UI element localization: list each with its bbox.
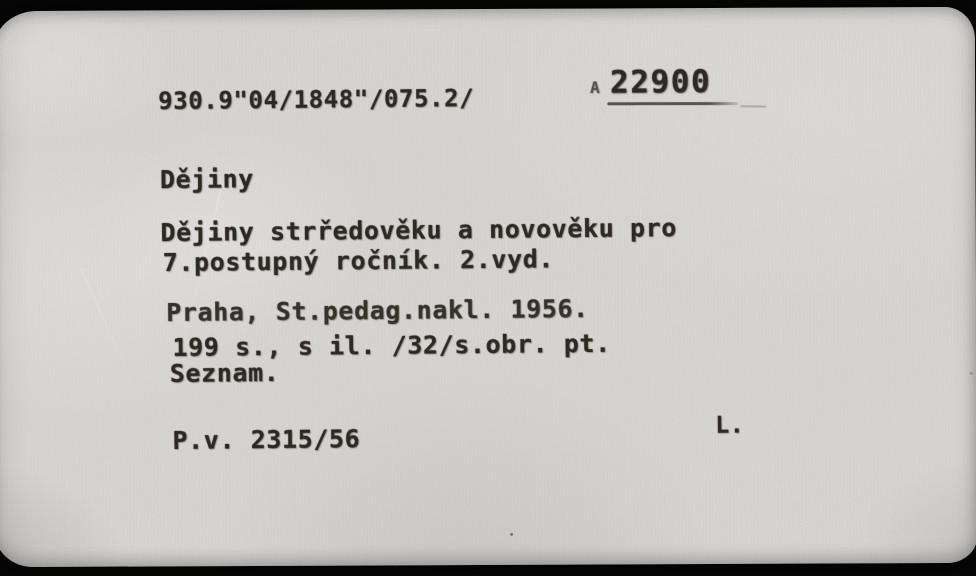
accession-number: 22900 bbox=[610, 67, 712, 99]
collation-line: 199 s., s il. /32/s.obr. pt. bbox=[172, 331, 610, 360]
note-line: Seznam. bbox=[170, 360, 280, 386]
accession-underline bbox=[607, 102, 738, 105]
classification-number: 930.9"04/1848"/075.2/ bbox=[158, 86, 474, 113]
register-number: P.v. 2315/56 bbox=[172, 426, 360, 453]
scanned-catalog-card-image: 930.9"04/1848"/075.2/ A 22900 Dějiny Děj… bbox=[0, 0, 976, 576]
subject-heading: Dějiny bbox=[160, 166, 254, 192]
title-line-2: 7.postupný ročník. 2.vyd. bbox=[163, 246, 555, 275]
accession-underline-tail bbox=[740, 105, 766, 107]
title-line-1: Dějiny strředověku a novověku pro bbox=[160, 215, 677, 245]
imprint-line: Praha, St.pedag.nakl. 1956. bbox=[166, 296, 589, 325]
typewritten-text-layer: 930.9"04/1848"/075.2/ A 22900 Dějiny Děj… bbox=[0, 7, 976, 567]
catalog-card: 930.9"04/1848"/075.2/ A 22900 Dějiny Děj… bbox=[0, 7, 976, 567]
letter-mark: L. bbox=[715, 415, 744, 438]
accession-prefix: A bbox=[590, 80, 600, 96]
